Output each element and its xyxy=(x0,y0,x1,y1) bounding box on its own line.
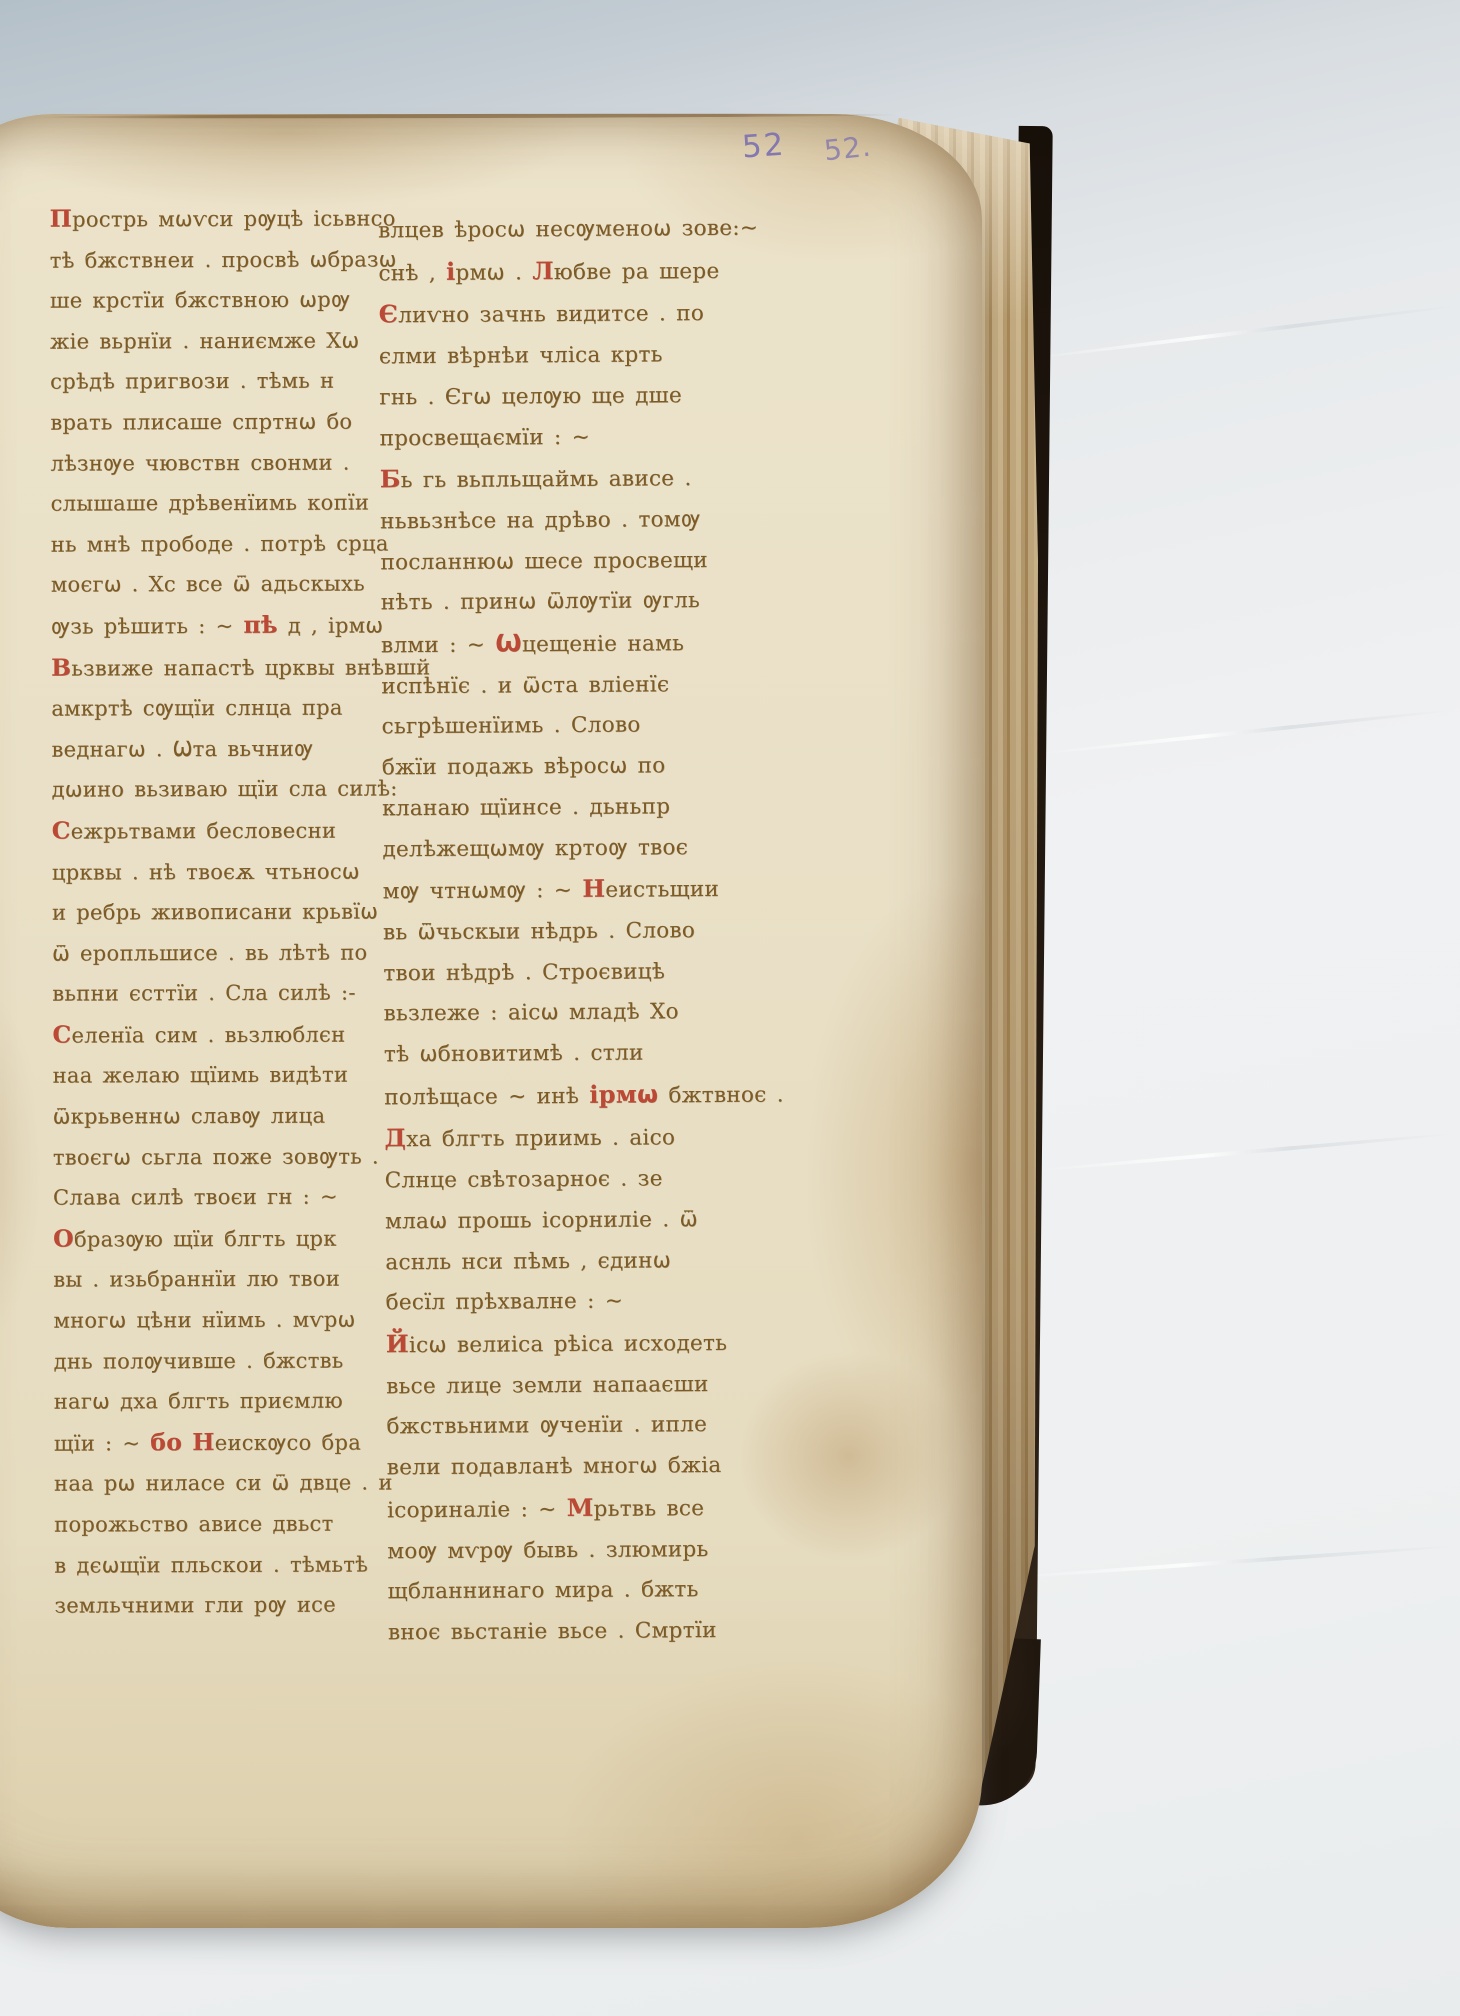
text-segment: щїи : ~ xyxy=(54,1431,150,1455)
text-segment: Слнце свѣтозарноє . зе xyxy=(385,1167,663,1194)
text-segment: наа желаю щїимь видѣти xyxy=(53,1063,349,1088)
text-segment: наа рѡ ниласе си ѿ двце . и xyxy=(54,1471,393,1496)
text-segment: еленїа сим . вьзлюблєн xyxy=(71,1022,345,1047)
text-line: твои нѣдрѣ . Строєвицѣ xyxy=(383,951,755,994)
text-line: нагѡ дха блгть приємлю xyxy=(54,1381,390,1423)
text-segment: влми : ~ xyxy=(381,633,495,659)
rubric-segment: В xyxy=(51,653,71,681)
text-segment: мѹ чтнѡмѹ : ~ xyxy=(383,878,583,904)
text-segment: посланнюѡ шесе просвещи xyxy=(380,548,708,575)
text-line: делѣжещѡмѹ кртоѹ твоє xyxy=(382,827,754,870)
text-line: в дєѡщїи пльскои . тѣмьтѣ xyxy=(54,1544,390,1586)
text-segment: ньвьзнѣсе на дрѣво . томѹ xyxy=(380,507,701,534)
text-line: ньвьзнѣсе на дрѣво . томѹ xyxy=(380,500,752,543)
text-segment: испѣнїє . и ѿста вліенїє xyxy=(381,672,669,699)
rubric-segment: пѣ xyxy=(243,611,277,639)
text-line: слышаше дрѣвенїимь копїи xyxy=(51,483,387,525)
text-line: ѿкрьвеннѡ славѹ лица xyxy=(53,1095,389,1137)
folio-number-pencil-alt: 52. xyxy=(822,130,873,168)
text-segment: земльчними гли рѹ исе xyxy=(54,1593,336,1618)
rubric-segment: П xyxy=(50,205,73,233)
text-segment: веднагѡ . Ѡта вьчниѹ xyxy=(51,736,313,761)
text-line: бжствьними ѹченїи . ипле xyxy=(386,1405,758,1448)
text-segment: кланаю щїинсе . дьньпр xyxy=(382,794,670,821)
text-segment: нь мнѣ прободе . потрѣ срца xyxy=(51,531,389,556)
cloth-fold xyxy=(1036,1131,1460,1172)
text-segment: юбве ра шере xyxy=(554,259,720,285)
rubric-segment: Ѡ xyxy=(495,628,522,657)
right-column: влцев ѣросѡ несѹменоѡ зове:~снѣ , ірмѡ .… xyxy=(378,209,760,1654)
text-segment: полѣщасе ~ инѣ xyxy=(384,1084,589,1110)
rubric-segment: М xyxy=(567,1493,594,1522)
text-line: наа рѡ ниласе си ѿ двце . и xyxy=(54,1463,390,1505)
text-line: ѿ еропльшисе . вь лѣтѣ по xyxy=(52,932,388,974)
text-line: многѡ цѣни нїимь . мѵрѡ xyxy=(53,1299,389,1341)
text-segment: порожьство ависе двьст xyxy=(54,1512,333,1537)
text-line: Дха блгть приимь . аісо xyxy=(384,1116,756,1161)
text-segment: влцев ѣросѡ несѹменоѡ зове:~ xyxy=(378,216,758,244)
text-line: Селенїа сим . вьзлюблєн xyxy=(52,1013,388,1056)
text-line: Єлиѵно зачнь видитсе . по xyxy=(379,292,751,337)
text-line: и ребрь живописани крьвїѡ xyxy=(52,892,388,934)
text-segment: вноє вьстаніе вьсе . Смртїи xyxy=(388,1618,717,1645)
text-line: ѹзь рѣшить : ~ пѣ д , ірмѡ xyxy=(51,604,387,647)
text-segment: слышаше дрѣвенїимь копїи xyxy=(51,491,370,516)
left-column: Прострь мѡѵси рѹцѣ ісьвнсотѣ бжствнеи . … xyxy=(50,197,391,1626)
text-line: вьзлеже : аісѡ младѣ Хо xyxy=(383,992,755,1035)
text-segment: бразѹю щїи блгть црк xyxy=(74,1226,337,1251)
text-line: вь ѿчьскыи нѣдрь . Слово xyxy=(383,911,755,954)
text-line: нь мнѣ прободе . потрѣ срца xyxy=(51,523,387,565)
text-line: испѣнїє . и ѿста вліенїє xyxy=(381,664,753,707)
text-line: нѣть . принѡ ѿлѹтїи ѹгль xyxy=(381,581,753,624)
text-segment: ежрьтвами бесловесни xyxy=(71,819,337,844)
text-segment: врать плисаше спртнѡ бо xyxy=(50,410,352,435)
text-segment: и ребрь живописани крьвїѡ xyxy=(52,900,378,925)
rubric-segment: і xyxy=(446,256,456,285)
text-line: Образѹю щїи блгть црк xyxy=(53,1217,389,1260)
text-line: земльчними гли рѹ исе xyxy=(54,1585,390,1627)
text-line: моѹ мѵрѹ бывь . злюмирь xyxy=(387,1529,759,1572)
text-line: посланнюѡ шесе просвещи xyxy=(380,540,752,583)
text-line: бжїи подажь вѣросѡ по xyxy=(382,746,754,789)
text-segment: твои нѣдрѣ . Строєвицѣ xyxy=(383,959,665,986)
rubric-segment: Б xyxy=(380,464,401,493)
text-segment: нагѡ дха блгть приємлю xyxy=(54,1389,343,1414)
text-segment: гнь . Єгѡ целѹю ще дше xyxy=(379,383,682,410)
text-line: Вьзвиже напастѣ црквы внѣвшй xyxy=(51,646,387,689)
cloth-fold xyxy=(1000,1544,1459,1580)
text-segment: дѡино вьзиваю щїи сла силѣ: xyxy=(52,777,398,802)
text-segment: єлми вѣрнѣи чліса крть xyxy=(379,342,663,369)
text-segment: вь ѿчьскыи нѣдрь . Слово xyxy=(383,918,695,945)
text-line: твоєгѡ сьгла поже зовѹть . xyxy=(53,1136,389,1178)
text-segment: в дєѡщїи пльскои . тѣмьтѣ xyxy=(54,1552,368,1577)
rubric-segment: Й xyxy=(386,1329,409,1358)
text-segment: ѹзь рѣшить : ~ xyxy=(51,614,244,639)
text-segment: многѡ цѣни нїимь . мѵрѡ xyxy=(53,1308,355,1333)
text-line: ше крстїи бжствною ѡрѹ xyxy=(50,280,386,322)
text-line: Прострь мѡѵси рѹцѣ ісьвнсо xyxy=(50,197,386,240)
text-line: порожьство ависе двьст xyxy=(54,1503,390,1545)
rubric-segment: бо xyxy=(150,1428,182,1456)
text-line: мѹ чтнѡмѹ : ~ Неистьщии xyxy=(383,868,755,913)
text-segment: лиѵно зачнь видитсе . по xyxy=(398,301,704,328)
text-line: Слнце свѣтозарноє . зе xyxy=(385,1159,757,1202)
text-segment: лѣзнѹе чювствн свонми . xyxy=(50,450,349,475)
text-segment: днь полѹчивше . бжствь xyxy=(54,1348,344,1373)
text-line: Слава силѣ твоєи гн : ~ xyxy=(53,1177,389,1219)
text-segment: щбланнинаго мира . бжть xyxy=(388,1577,699,1604)
rubric-segment: О xyxy=(53,1224,74,1252)
text-line: жіе вьрнїи . наниємже Хѡ xyxy=(50,320,386,362)
text-line: лѣзнѹе чювствн свонми . xyxy=(50,442,386,484)
text-segment: снѣ , xyxy=(378,261,446,286)
text-line: днь полѹчивше . бжствь xyxy=(53,1340,389,1382)
text-segment: ѿкрьвеннѡ славѹ лица xyxy=(53,1104,326,1129)
text-segment: млаѡ прошь ісорниліе . ѿ xyxy=(385,1207,698,1234)
text-segment: ѿ еропльшисе . вь лѣтѣ по xyxy=(52,940,367,965)
text-segment: вьпни єсттїи . Сла силѣ :- xyxy=(52,981,356,1006)
text-line: полѣщасе ~ инѣ ірмѡ бжтвноє . xyxy=(384,1073,756,1118)
text-line: Йісѡ велиіса рѣіса исходеть xyxy=(386,1322,758,1367)
text-segment: жіе вьрнїи . наниємже Хѡ xyxy=(50,328,359,353)
text-line: снѣ , ірмѡ . Любве ра шере xyxy=(378,249,750,294)
text-segment: твоєгѡ сьгла поже зовѹть . xyxy=(53,1144,379,1169)
text-segment xyxy=(182,1431,192,1455)
text-line: моєгѡ . Хс все ѿ адьскыхь xyxy=(51,564,387,606)
text-segment: тѣ бжствнеи . просвѣ ѡбразѡ xyxy=(50,247,397,272)
text-line: црквы . нѣ твоєѫ чтьносѡ xyxy=(52,851,388,893)
text-segment: вели подавланѣ многѡ бжіа xyxy=(387,1453,722,1480)
text-line: просвещаємїи : ~ xyxy=(379,416,751,459)
text-line: дѡино вьзиваю щїи сла силѣ: xyxy=(52,769,388,811)
cloth-fold xyxy=(1026,303,1460,361)
text-line: кланаю щїинсе . дьньпр xyxy=(382,787,754,830)
text-line: вы . изьбраннїи лю твои xyxy=(53,1259,389,1301)
text-line: єлми вѣрнѣи чліса крть xyxy=(379,335,751,378)
text-line: вьпни єсттїи . Сла силѣ :- xyxy=(52,973,388,1015)
text-segment: рьтвь все xyxy=(594,1496,705,1522)
text-line: влми : ~ Ѡцещеніе намь xyxy=(381,622,753,667)
text-line: веднагѡ . Ѡта вьчниѹ xyxy=(51,728,387,770)
folio-number-pencil: 52 xyxy=(741,127,787,166)
text-line: вели подавланѣ многѡ бжіа xyxy=(387,1446,759,1489)
text-segment: Слава силѣ твоєи гн : ~ xyxy=(53,1185,338,1210)
text-segment: вьзлеже : аісѡ младѣ Хо xyxy=(383,1000,678,1027)
text-segment: ь гь вьпльщаймь ависе . xyxy=(401,466,692,493)
text-segment: рострь мѡѵси рѹцѣ ісьвнсо xyxy=(72,206,396,231)
text-line: сьгрѣшенїимь . Слово xyxy=(381,705,753,748)
rubric-segment: Н xyxy=(192,1428,215,1456)
text-segment: ше крстїи бжствною ѡрѹ xyxy=(50,288,350,313)
text-line: наа желаю щїимь видѣти xyxy=(53,1055,389,1097)
text-segment: бжтвноє . xyxy=(658,1082,784,1108)
text-line: млаѡ прошь ісорниліе . ѿ xyxy=(385,1200,757,1243)
text-segment: д , ірмѡ xyxy=(278,613,384,637)
text-line: вьсе лице земли напааєши xyxy=(386,1364,758,1407)
manuscript-photo: 52 52. Прострь мѡѵси рѹцѣ ісьвнсотѣ бжст… xyxy=(0,0,1460,2016)
rubric-segment: С xyxy=(52,1020,71,1048)
text-segment: моѹ мѵрѹ бывь . злюмирь xyxy=(387,1537,708,1564)
text-line: щїи : ~ бо Неискѹсо бра xyxy=(54,1421,390,1464)
text-segment: сьгрѣшенїимь . Слово xyxy=(381,713,640,740)
text-segment: тѣ ѡбновитимѣ . стли xyxy=(384,1041,644,1068)
text-line: тѣ ѡбновитимѣ . стли xyxy=(384,1033,756,1076)
text-line: гнь . Єгѡ целѹю ще дше xyxy=(379,376,751,419)
text-segment: еистьщии xyxy=(605,877,719,903)
text-segment: моєгѡ . Хс все ѿ адьскыхь xyxy=(51,572,365,597)
text-segment: бжствьними ѹченїи . ипле xyxy=(386,1412,707,1439)
text-segment: ісориналіе : ~ xyxy=(387,1497,567,1523)
text-line: амкртѣ сѹщїи слнца пра xyxy=(51,688,387,730)
text-segment: ьзвиже напастѣ црквы внѣвшй xyxy=(71,655,430,680)
rubric-segment: Н xyxy=(582,874,605,903)
text-line: ісориналіе : ~ Мрьтвь все xyxy=(387,1486,759,1531)
text-segment: просвещаємїи : ~ xyxy=(379,424,590,450)
text-segment: ха блгть приимь . аісо xyxy=(406,1126,675,1153)
rubric-segment: Є xyxy=(379,300,399,329)
text-segment: бесїл прѣхвалне : ~ xyxy=(386,1289,624,1316)
text-segment: ісѡ велиіса рѣіса исходеть xyxy=(409,1331,727,1358)
text-line: бесїл прѣхвалне : ~ xyxy=(385,1281,757,1324)
text-segment: рмѡ . xyxy=(455,260,532,286)
text-line: щбланнинаго мира . бжть xyxy=(387,1570,759,1613)
text-segment: црквы . нѣ твоєѫ чтьносѡ xyxy=(52,859,360,884)
text-segment: цещеніе намь xyxy=(522,631,684,657)
text-line: аснль нси пѣмь , єдинѡ xyxy=(385,1240,757,1283)
text-segment: вы . изьбраннїи лю твои xyxy=(53,1267,340,1292)
text-line: тѣ бжствнеи . просвѣ ѡбразѡ xyxy=(50,239,386,281)
text-line: вноє вьстаніе вьсе . Смртїи xyxy=(388,1611,760,1654)
text-segment: бжїи подажь вѣросѡ по xyxy=(382,753,666,780)
text-segment: еискѹсо бра xyxy=(215,1430,361,1455)
cloth-fold xyxy=(1031,708,1459,757)
rubric-segment: ірмѡ xyxy=(589,1079,658,1108)
rubric-segment: С xyxy=(52,816,71,844)
text-line: Бь гь вьпльщаймь ависе . xyxy=(380,457,752,502)
text-segment: нѣть . принѡ ѿлѹтїи ѹгль xyxy=(381,588,700,615)
text-segment: срѣдѣ пригвози . тѣмь н xyxy=(50,369,334,394)
text-line: срѣдѣ пригвози . тѣмь н xyxy=(50,361,386,403)
text-segment: аснль нси пѣмь , єдинѡ xyxy=(385,1248,671,1275)
text-segment: вьсе лице земли напааєши xyxy=(386,1372,709,1399)
text-segment: делѣжещѡмѹ кртоѹ твоє xyxy=(382,835,688,862)
text-segment: амкртѣ сѹщїи слнца пра xyxy=(51,696,342,721)
rubric-segment: Д xyxy=(384,1124,406,1153)
text-line: врать плисаше спртнѡ бо xyxy=(50,401,386,443)
text-line: влцев ѣросѡ несѹменоѡ зове:~ xyxy=(378,209,750,252)
text-line: Сежрьтвами бесловесни xyxy=(52,809,388,852)
rubric-segment: Л xyxy=(532,256,554,285)
